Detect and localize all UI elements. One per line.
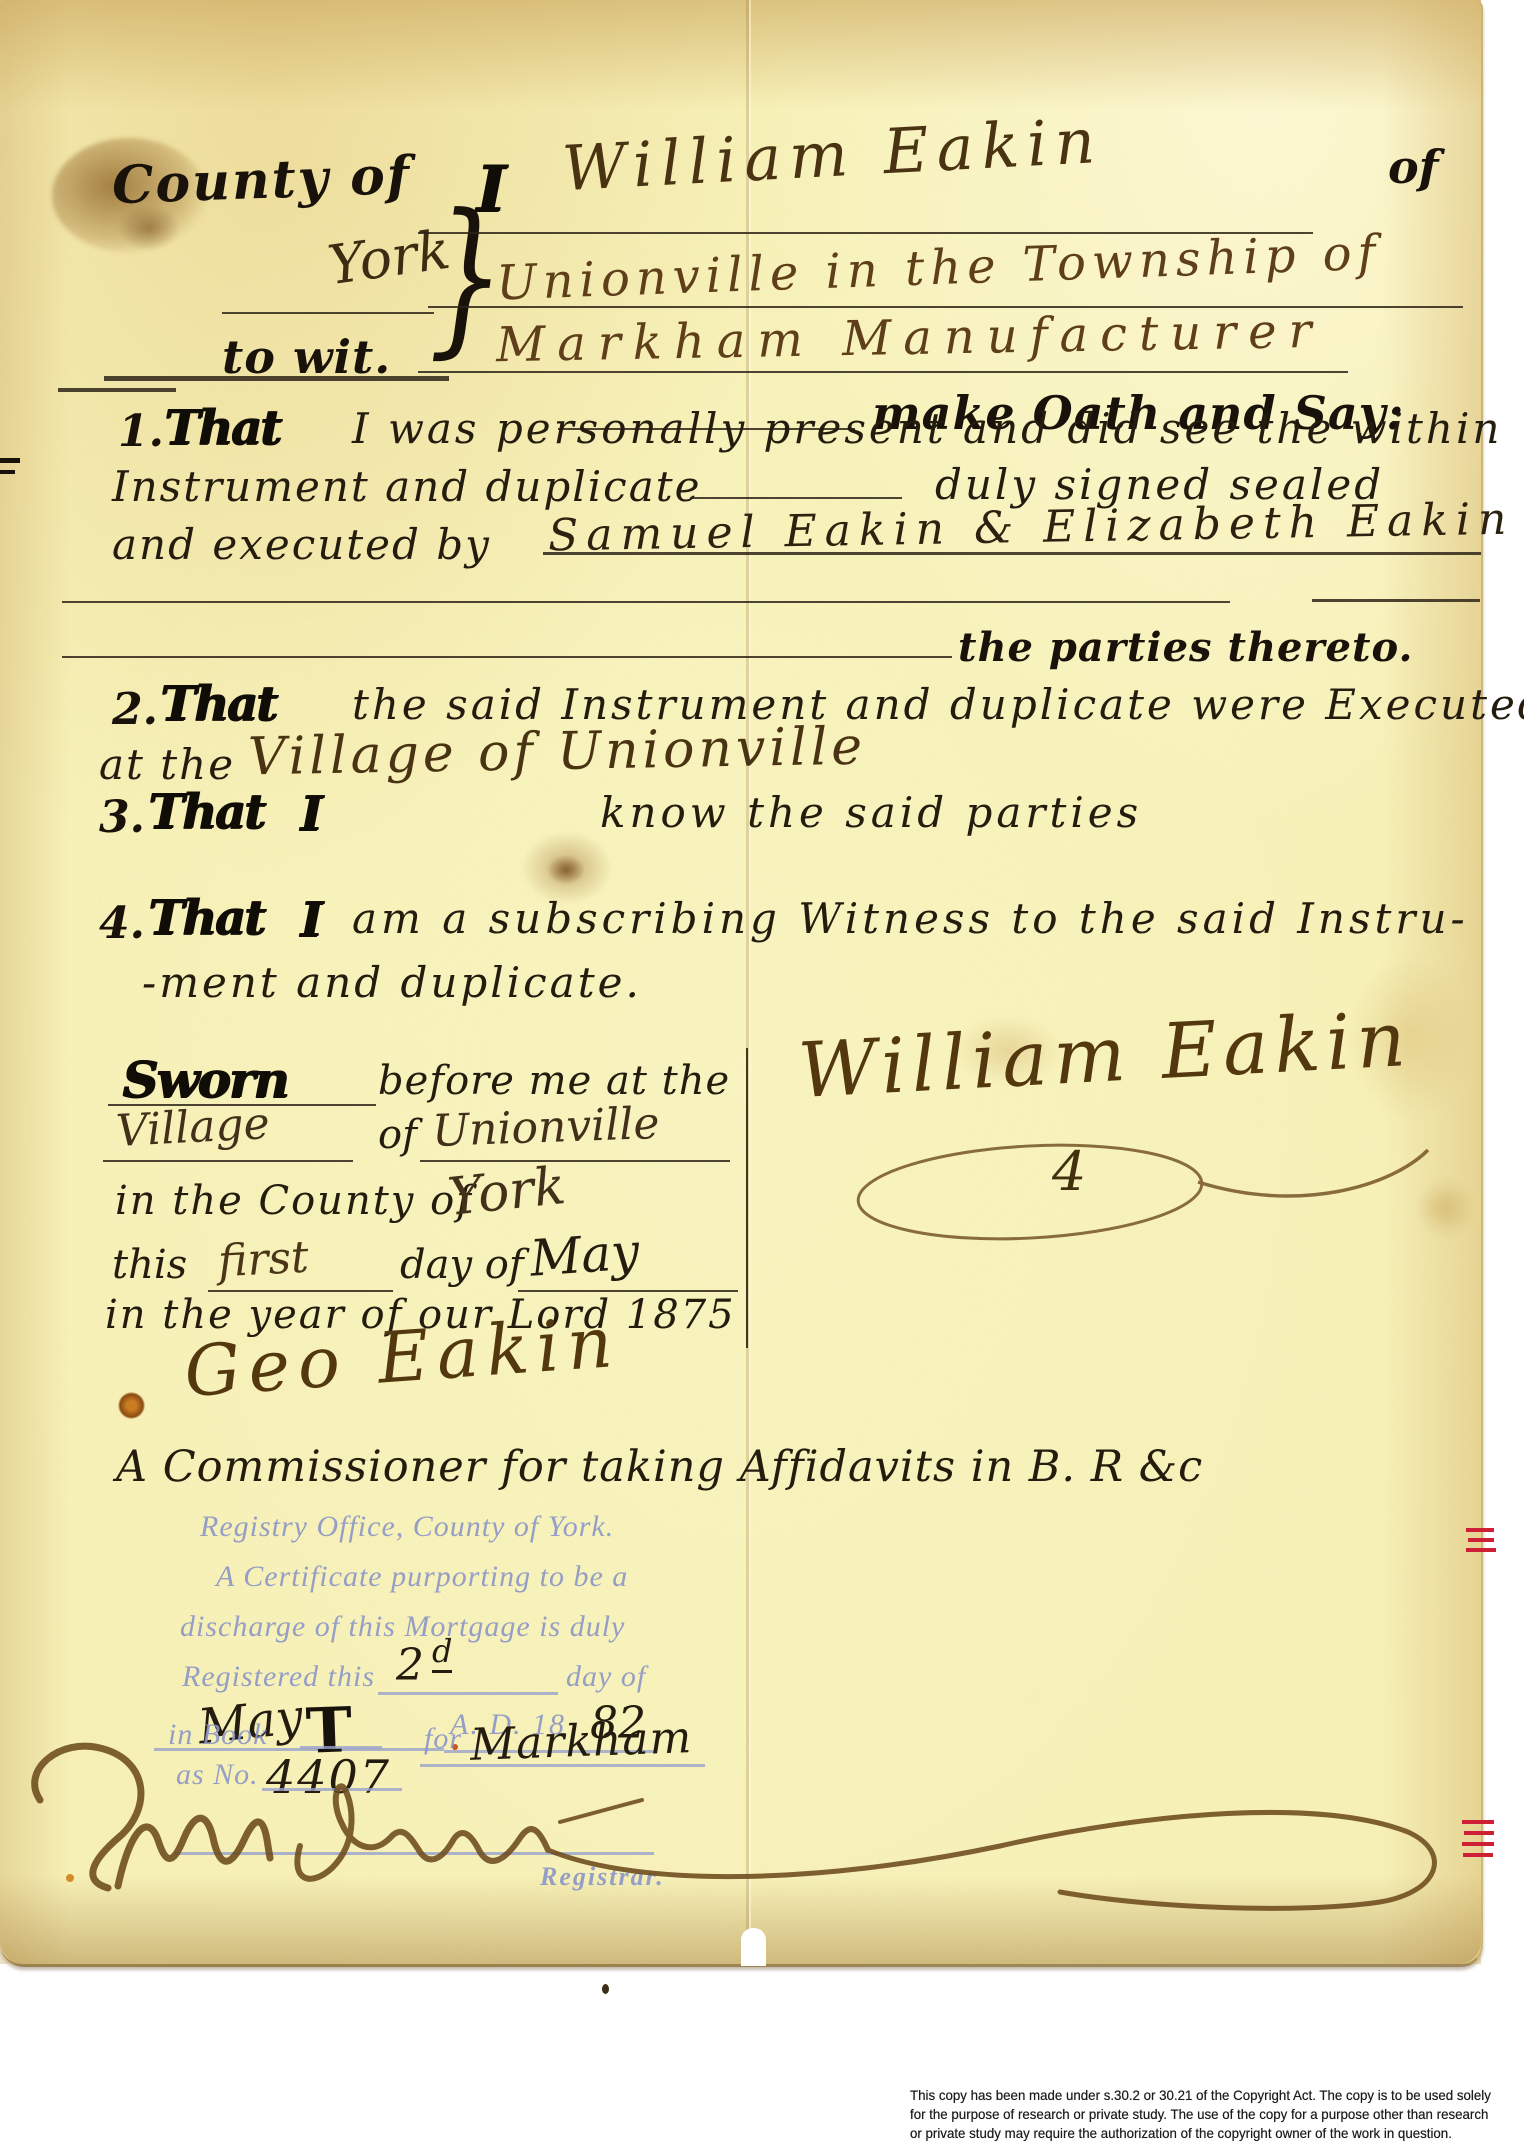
clause3-number: 3. xyxy=(99,792,145,843)
clause2-that: That xyxy=(160,676,276,732)
ruled-line xyxy=(62,601,1230,603)
ruled-line xyxy=(543,552,1481,555)
stamp-registrar-label: Registrar. xyxy=(540,1862,665,1892)
stamp-day-of: day of xyxy=(566,1660,646,1694)
ruled-line xyxy=(222,312,434,314)
jurat-before: before me at the xyxy=(378,1058,730,1104)
stamp-line xyxy=(174,1852,654,1855)
stamp-day-handwritten: 2 xyxy=(396,1640,424,1691)
commissioner-title: A Commissioner for taking Affidavits in … xyxy=(116,1442,1203,1492)
clause3-text: know the said parties xyxy=(600,788,1142,837)
of-word: of xyxy=(1388,140,1438,194)
clause3-that: That xyxy=(148,784,264,840)
red-edge-mark xyxy=(1466,1548,1496,1552)
stamp-municipality: Markham xyxy=(469,1712,693,1771)
stamp-line xyxy=(300,1746,382,1749)
clause1-text3: and executed by xyxy=(112,520,491,569)
clause1-number: 1. xyxy=(118,406,164,457)
ruled-line xyxy=(103,1160,353,1162)
red-edge-mark xyxy=(1462,1820,1494,1824)
stamp-line xyxy=(420,1764,705,1767)
jurat-place: Unionville xyxy=(431,1098,660,1157)
clause2-number: 2. xyxy=(112,684,158,735)
jurat-place-type: Village xyxy=(115,1098,271,1157)
clause4-that: That xyxy=(148,890,264,946)
red-edge-mark xyxy=(1466,1528,1494,1532)
clause2-place: Village of Unionville xyxy=(248,717,867,788)
deponent-signature-mark: 4 xyxy=(1052,1140,1086,1203)
ruled-line xyxy=(1312,599,1480,602)
stamp-in-book: in Book xyxy=(168,1718,267,1752)
clause4-number: 4. xyxy=(99,898,145,949)
clause4-pronoun: I xyxy=(300,892,320,948)
jurat-of: of xyxy=(378,1112,417,1158)
clause4-text2: -ment and duplicate. xyxy=(142,958,642,1007)
ruled-line xyxy=(690,497,902,499)
ruled-line xyxy=(62,656,952,658)
jurat-day-of: day of xyxy=(400,1242,524,1288)
stamp-as-no: as No. xyxy=(176,1758,259,1792)
stamp-registered-this: Registered this xyxy=(182,1660,375,1694)
red-edge-mark xyxy=(1462,1842,1494,1846)
copyright-line: for the purpose of research or private s… xyxy=(910,2105,1491,2124)
ruled-line xyxy=(58,388,176,392)
jurat-this: this xyxy=(112,1242,187,1288)
clause1-text2a: Instrument and duplicate xyxy=(112,462,701,511)
county-label: County of xyxy=(111,145,412,216)
copyright-notice: This copy has been made under s.30.2 or … xyxy=(910,2086,1491,2143)
red-edge-mark xyxy=(1464,1831,1494,1835)
stamp-line3: discharge of this Mortgage is duly xyxy=(180,1610,625,1644)
clause4-text: am a subscribing Witness to the said Ins… xyxy=(352,894,1469,943)
ruled-line xyxy=(420,1160,730,1162)
stamp-day-suffix: d xyxy=(432,1632,452,1673)
jurat-month: May xyxy=(528,1222,641,1287)
stamp-line xyxy=(378,1692,558,1695)
ink-dot-below-paper xyxy=(602,1984,609,1994)
stamp-for: for xyxy=(424,1722,462,1756)
jurat-day: first xyxy=(217,1232,310,1288)
clause3-pronoun: I xyxy=(300,786,320,842)
copyright-line: This copy has been made under s.30.2 or … xyxy=(910,2086,1491,2105)
red-edge-mark xyxy=(1468,1538,1494,1542)
stamp-line2: A Certificate purporting to be a xyxy=(216,1560,628,1594)
scanned-affidavit-page: County of York to wit. } I William Eakin… xyxy=(0,0,1524,2153)
pronoun-initial: I xyxy=(476,152,504,227)
stamp-line xyxy=(262,1788,402,1791)
ruled-line xyxy=(104,376,449,381)
jurat-county: York xyxy=(445,1156,568,1228)
stamp-number: 4407 xyxy=(266,1750,391,1804)
clause1-that: That xyxy=(164,400,280,456)
ruled-line xyxy=(418,371,1348,373)
clause2-at-the: at the xyxy=(99,740,235,789)
red-edge-mark xyxy=(1463,1853,1493,1857)
jurat-county-line: in the County of xyxy=(115,1178,473,1224)
stamp-line1: Registry Office, County of York. xyxy=(200,1510,614,1544)
copyright-line: or private study may require the authori… xyxy=(910,2124,1491,2143)
clause1-parties: the parties thereto. xyxy=(958,624,1413,671)
clause1-text1: I was personally present and did see the… xyxy=(352,404,1502,453)
